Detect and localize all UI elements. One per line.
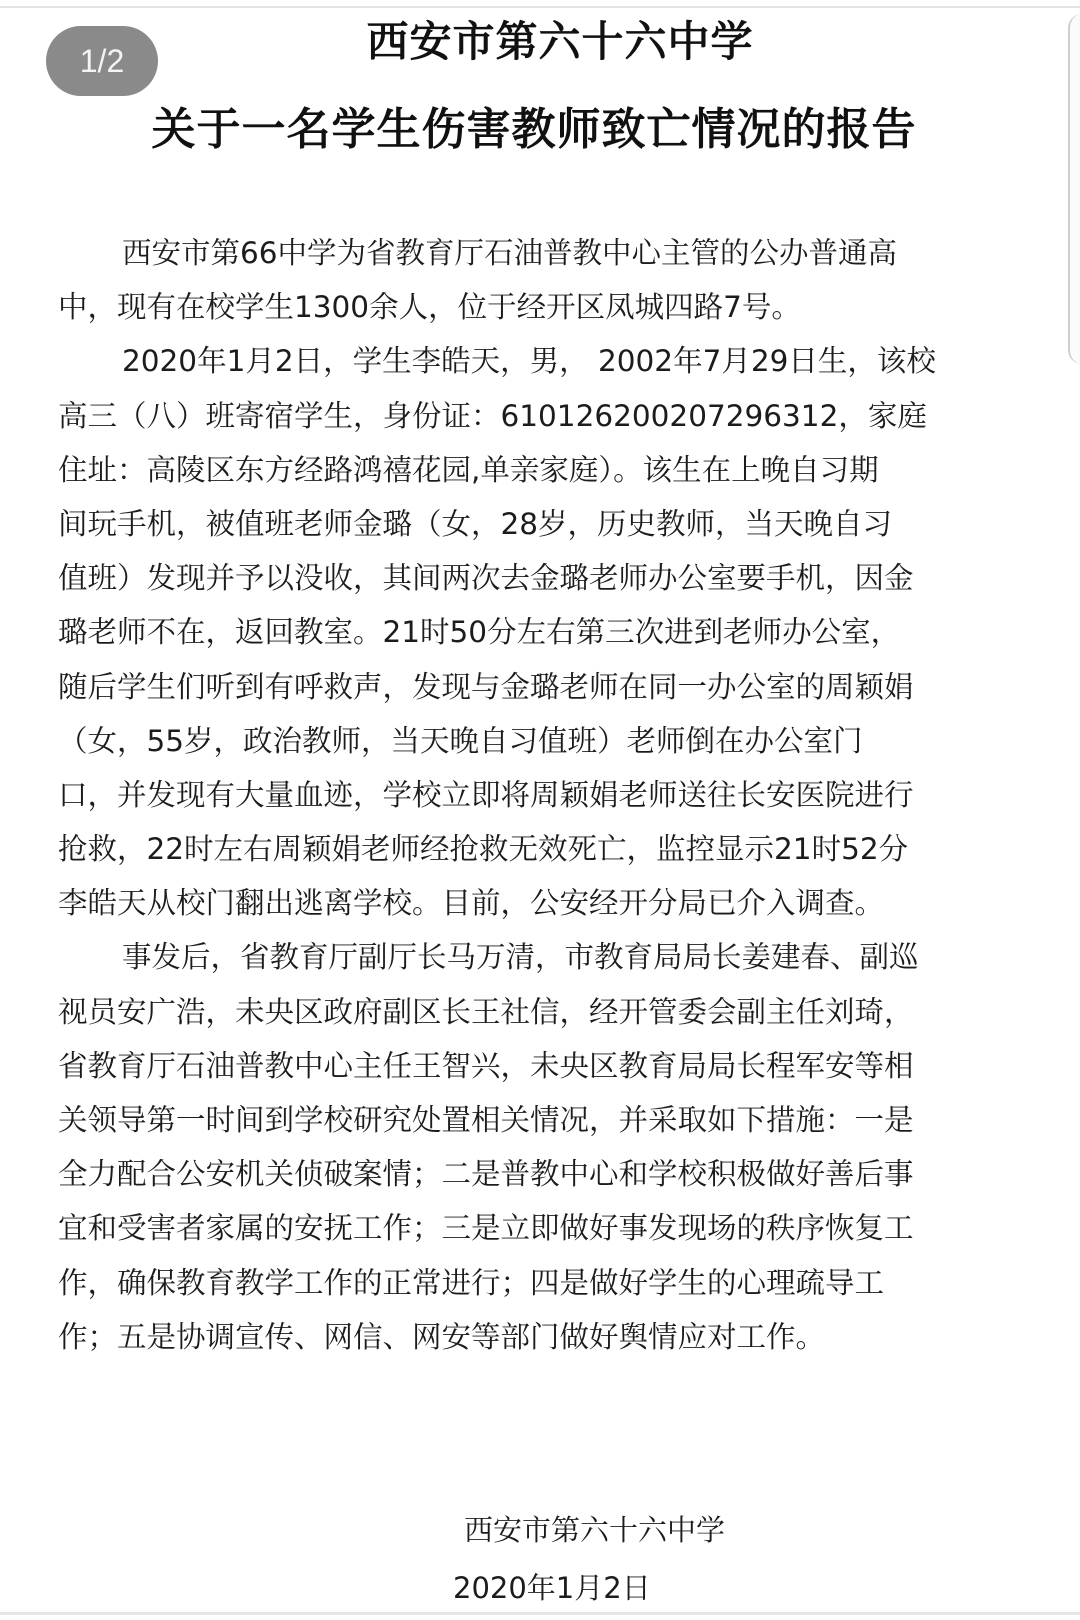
body-line: 关领导第一时间到学校研究处置相关情况，并采取如下措施：一是 [58, 1093, 1018, 1147]
signature-date: 2020年1月2日 [0, 1568, 1080, 1608]
body-line: 抢救，22时左右周颖娟老师经抢救无效死亡，监控显示21时52分 [58, 822, 1018, 876]
top-divider [0, 6, 1080, 8]
body-line: 住址：高陵区东方经路鸿禧花园,单亲家庭）。该生在上晚自习期 [58, 443, 1018, 497]
body-line: 事发后，省教育厅副厅长马万清，市教育局局长姜建春、副巡 [58, 930, 1018, 984]
body-line: 全力配合公安机关侦破案情；二是普教中心和学校积极做好善后事 [58, 1147, 1018, 1201]
body-line: 间玩手机，被值班老师金璐（女，28岁，历史教师，当天晚自习 [58, 497, 1018, 551]
body-line: 李皓天从校门翻出逃离学校。目前，公安经开分局已介入调查。 [58, 876, 1018, 930]
document-title: 关于一名学生伤害教师致亡情况的报告 [0, 100, 1074, 160]
body-line: 中，现有在校学生1300余人，位于经开区凤城四路7号。 [58, 280, 1018, 334]
body-line: 作；五是协调宣传、网信、网安等部门做好舆情应对工作。 [58, 1310, 1018, 1364]
body-line: 作，确保教育教学工作的正常进行；四是做好学生的心理疏导工 [58, 1256, 1018, 1310]
body-line: 高三（八）班寄宿学生，身份证：610126200207296312，家庭 [58, 389, 1018, 443]
body-line: 西安市第66中学为省教育厅石油普教中心主管的公办普通高 [58, 226, 1018, 280]
document-title-org: 西安市第六十六中学 [20, 14, 1080, 70]
body-line: （女，55岁，政治教师，当天晚自习值班）老师倒在办公室门 [58, 714, 1018, 768]
body-line: 璐老师不在，返回教室。21时50分左右第三次进到老师办公室， [58, 605, 1018, 659]
body-line: 随后学生们听到有呼救声，发现与金璐老师在同一办公室的周颖娟 [58, 660, 1018, 714]
body-line: 值班）发现并予以没收，其间两次去金璐老师办公室要手机，因金 [58, 551, 1018, 605]
body-line: 宜和受害者家属的安抚工作；三是立即做好事发现场的秩序恢复工 [58, 1201, 1018, 1255]
bottom-divider [0, 1612, 1080, 1615]
body-line: 视员安广浩，未央区政府副区长王社信，经开管委会副主任刘琦， [58, 985, 1018, 1039]
body-line: 省教育厅石油普教中心主任王智兴，未央区教育局局长程军安等相 [58, 1039, 1018, 1093]
signature-organization: 西安市第六十六中学 [0, 1510, 1080, 1550]
body-line: 2020年1月2日，学生李皓天，男， 2002年7月29日生，该校 [58, 334, 1018, 388]
body-line: 口，并发现有大量血迹，学校立即将周颖娟老师送往长安医院进行 [58, 768, 1018, 822]
document-body: 西安市第66中学为省教育厅石油普教中心主管的公办普通高 中，现有在校学生1300… [58, 226, 1018, 1364]
